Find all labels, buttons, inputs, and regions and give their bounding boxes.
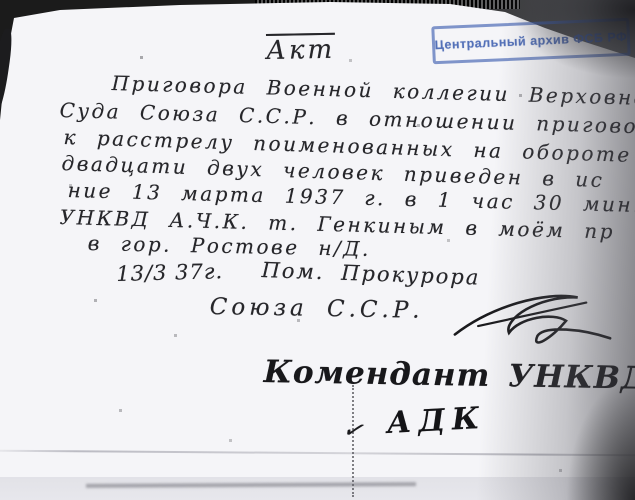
document-title: Акт (266, 35, 335, 66)
prosecutor-title-line-2: Союза С.С.Р. (210, 294, 424, 324)
scanned-document: Акт Приговора Военной коллегии Верховног… (0, 0, 635, 500)
paper-bottom-edge (0, 477, 635, 500)
initials-mark: АДК (386, 401, 487, 441)
archive-stamp-text: Центральный архив ФСБ РФ (434, 30, 627, 52)
paper-speckles (0, 0, 1, 1)
date-line: 13/3 37г. (116, 259, 223, 286)
